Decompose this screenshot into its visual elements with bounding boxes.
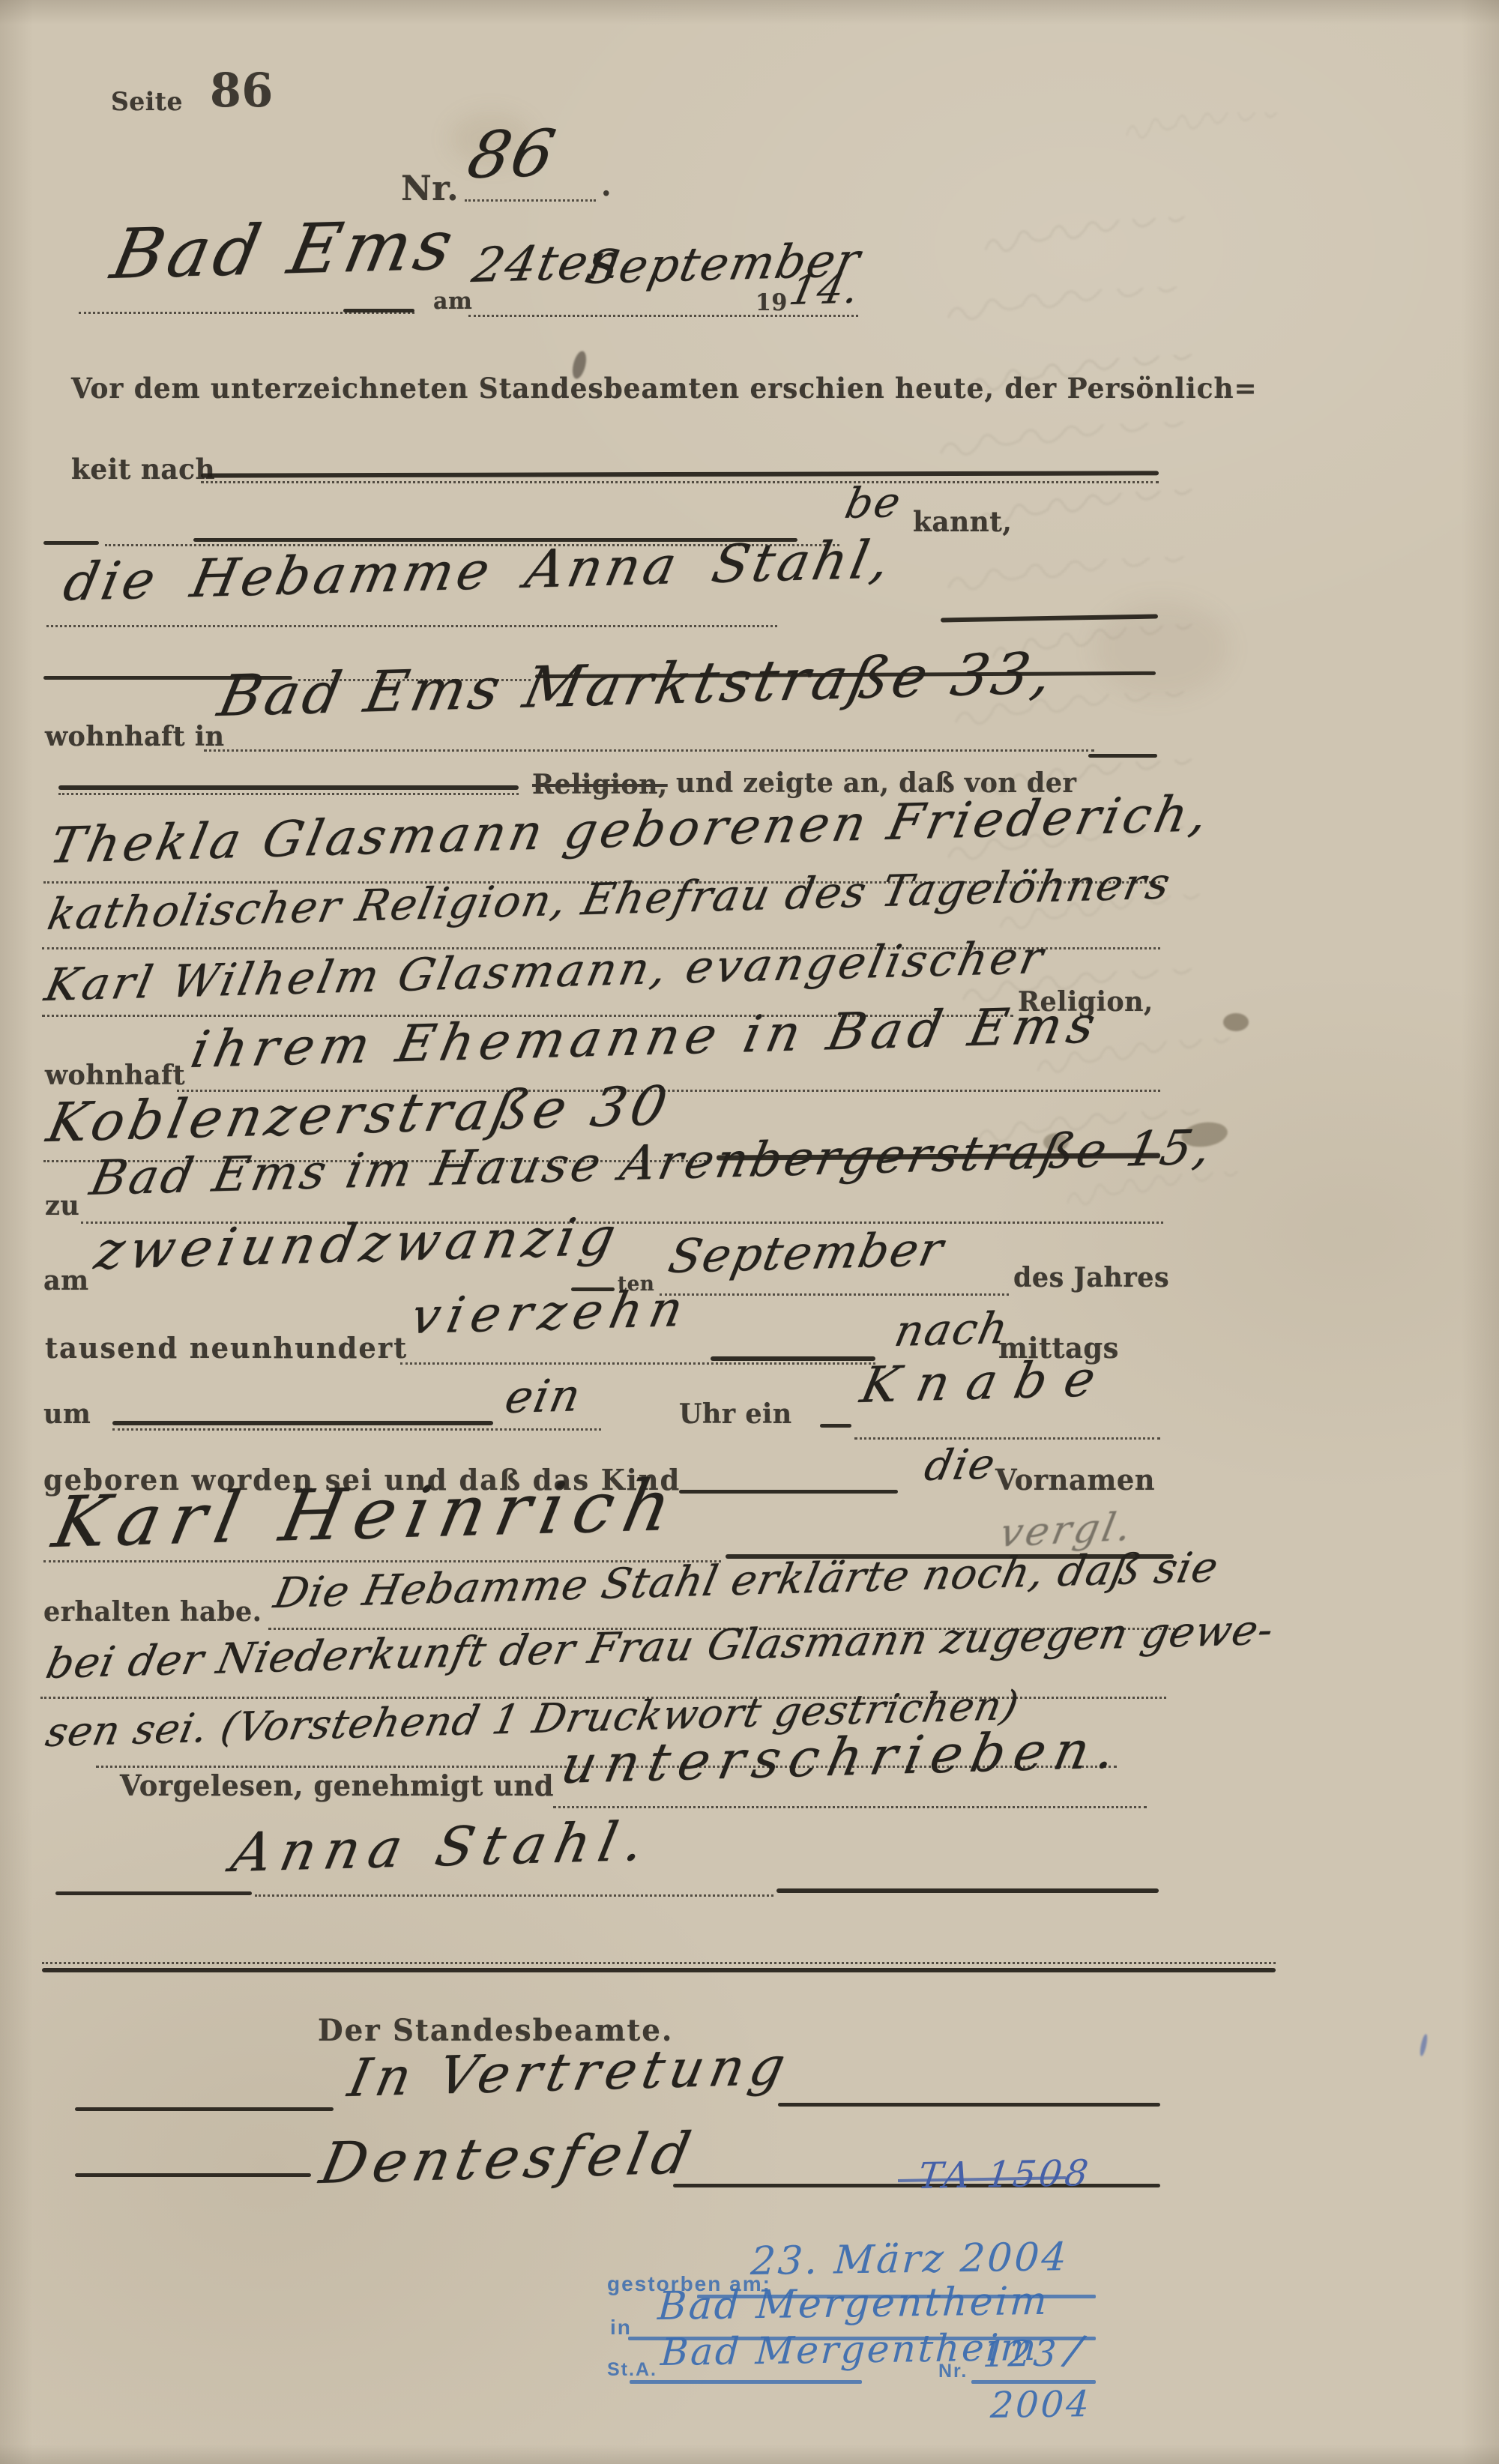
birth-register-scan: Seite 86 Nr. 86 . Bad Ems am 24ten Septe… xyxy=(0,0,1499,2464)
ruled-line xyxy=(711,1356,875,1361)
ruled-line xyxy=(55,1891,252,1895)
uhr-ein-label: Uhr ein xyxy=(679,1398,792,1430)
child-sex-handwritten: Knabe xyxy=(856,1350,1118,1414)
ruled-line xyxy=(201,481,1159,483)
section-separator xyxy=(42,1962,1276,1964)
bekannt-printed: kannt, xyxy=(913,505,1012,538)
ruled-line xyxy=(778,2103,1160,2107)
am-label: am xyxy=(43,1265,89,1296)
um-label: um xyxy=(43,1398,91,1430)
ruled-line xyxy=(660,1293,1009,1296)
hour-handwritten: ein xyxy=(501,1369,586,1424)
bekannt-handwritten-prefix: be xyxy=(841,478,906,528)
record-number-label: Nr. xyxy=(401,168,459,208)
ruled-line xyxy=(854,1437,1160,1440)
dateline-year-written: 14. xyxy=(785,265,864,314)
residence2-value: ihrem Ehemanne in Bad Ems xyxy=(186,995,1106,1080)
residence2-label: wohnhaft xyxy=(45,1060,185,1091)
ruled-line xyxy=(43,541,99,545)
death-stamp-nr-label: Nr. xyxy=(938,2361,968,2382)
ruled-line xyxy=(553,1806,1147,1808)
stamp-rule xyxy=(630,2380,862,2384)
year-words-printed: tausend neunhundert xyxy=(45,1331,408,1365)
ruled-line xyxy=(1088,754,1157,758)
religion-word-struck: Religion, xyxy=(532,769,668,800)
bleed-through-line xyxy=(974,477,1425,534)
daytime-handwritten: nach xyxy=(890,1302,1013,1356)
ink-speck xyxy=(1223,1013,1249,1031)
ruled-line xyxy=(112,1421,493,1425)
erhalten-label: erhalten habe. xyxy=(43,1596,262,1628)
intro-line-1: Vor dem unterzeichneten Standesbeamten e… xyxy=(71,372,1258,405)
page-label: Seite xyxy=(111,87,183,117)
ruled-line xyxy=(204,749,1094,752)
ruled-line xyxy=(679,1490,898,1494)
father-name-line: Karl Wilhelm Glasmann, evangelischer xyxy=(40,931,1050,1012)
ruled-line xyxy=(820,1424,851,1428)
bleed-through-line xyxy=(1124,112,1439,147)
ruled-line xyxy=(201,471,1159,477)
section-separator xyxy=(42,1968,1276,1972)
ruled-line xyxy=(58,785,519,790)
birth-month-value: September xyxy=(664,1222,949,1284)
declarant-name: die Hebamme Anna Stahl, xyxy=(58,528,899,613)
death-date-handwritten: 23. März 2004 xyxy=(749,2235,1070,2284)
bleed-through-line xyxy=(936,412,1447,465)
ruled-line xyxy=(46,625,777,627)
blue-reference-number: TA 1508 xyxy=(916,2152,1094,2197)
ruled-line xyxy=(465,199,596,202)
death-stamp-office-label: St.A. xyxy=(607,2359,657,2381)
birth-day-value: zweiundzwanzig xyxy=(90,1206,627,1281)
blue-edge-mark xyxy=(1419,2034,1429,2057)
ruled-line xyxy=(255,1894,773,1897)
child-name: Karl Heinrich xyxy=(46,1465,689,1564)
residence-label: wohnhaft in xyxy=(45,721,224,752)
intro-line-2: keit nach xyxy=(71,453,215,486)
bleed-through-line xyxy=(944,278,1424,329)
dateline-year-printed: 19 xyxy=(755,289,788,316)
ruled-line xyxy=(58,793,519,795)
ruled-line xyxy=(75,2107,334,2111)
death-record-number-separator: / xyxy=(1063,2325,1088,2376)
death-place-handwritten: Bad Mergentheim xyxy=(657,2279,1050,2329)
year-words-handwritten: vierzehn xyxy=(406,1280,696,1345)
dateline-place: Bad Ems xyxy=(105,205,464,295)
residence-value: Bad Ems Marktstraße 33, xyxy=(213,639,1061,729)
ruled-line xyxy=(112,1428,601,1431)
ruled-line xyxy=(400,1362,875,1365)
pencil-note: vergl. xyxy=(996,1504,1138,1556)
vornamen-label: Vornamen xyxy=(995,1463,1155,1497)
bleed-through-line xyxy=(981,205,1402,261)
ruled-line xyxy=(776,1888,1159,1893)
vorgelesen-label: Vorgelesen, genehmigt und xyxy=(120,1769,554,1802)
record-number-value: 86 xyxy=(462,116,562,193)
ruled-line xyxy=(343,309,414,312)
death-record-year: 2004 xyxy=(989,2383,1092,2427)
page-number: 86 xyxy=(210,63,274,118)
registrar-signature: Dentesfeld xyxy=(315,2119,702,2196)
ruled-line xyxy=(75,2173,311,2177)
record-number-period: . xyxy=(601,168,612,203)
zu-label: zu xyxy=(45,1190,79,1222)
des-jahres-label: des Jahres xyxy=(1013,1262,1169,1293)
in-vertretung-handwritten: In Vertretung xyxy=(343,2035,796,2109)
bleed-through-line xyxy=(944,547,1439,599)
declarant-signature: Anna Stahl. xyxy=(226,1810,658,1884)
ruled-line xyxy=(468,315,858,317)
die-handwritten: die xyxy=(920,1440,1001,1491)
dateline-am-label: am xyxy=(433,288,472,315)
death-record-number: 123 xyxy=(982,2333,1060,2376)
